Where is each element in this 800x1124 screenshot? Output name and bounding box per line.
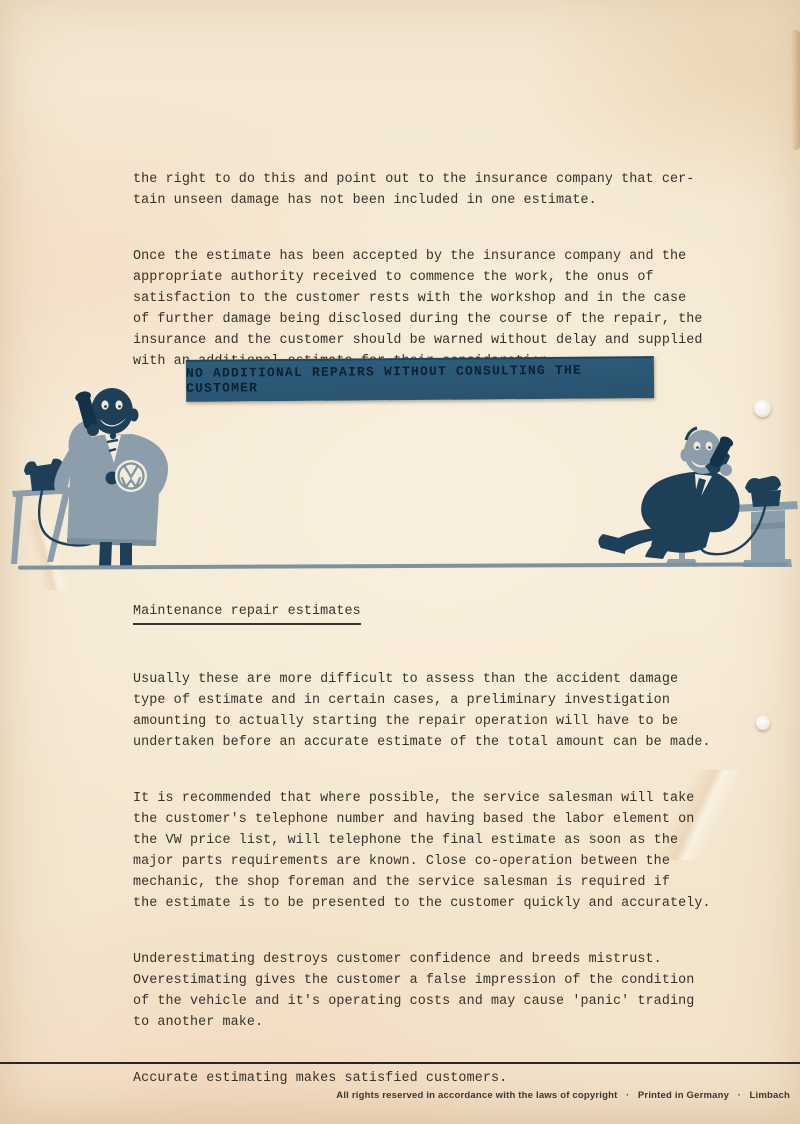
warning-banner: NO ADDITIONAL REPAIRS WITHOUT CONSULTING… [186, 356, 654, 402]
paragraph: Usually these are more difficult to asse… [133, 669, 733, 753]
paragraph: the right to do this and point out to th… [133, 169, 713, 211]
paper-fastener-dot [756, 716, 770, 730]
warning-banner-label: NO ADDITIONAL REPAIRS WITHOUT CONSULTING… [186, 362, 654, 396]
section-heading: Maintenance repair estimates [133, 604, 361, 625]
footer-text: All rights reserved in accordance with t… [336, 1090, 790, 1101]
paragraph: Accurate estimating makes satisfied cust… [133, 1068, 733, 1089]
bottom-text-block: Usually these are more difficult to asse… [133, 648, 733, 1124]
paper-stain [791, 30, 800, 150]
salesman-on-telephone-illustration [8, 378, 230, 574]
paper-fastener-dot [754, 400, 771, 417]
paragraph: Once the estimate has been accepted by t… [133, 246, 713, 372]
scanned-document-page: the right to do this and point out to th… [0, 0, 800, 1124]
paragraph: It is recommended that where possible, t… [133, 788, 733, 914]
paragraph: Underestimating destroys customer confid… [133, 949, 733, 1033]
footer-divider-rule [0, 1062, 800, 1064]
customer-on-telephone-illustration [585, 402, 800, 572]
